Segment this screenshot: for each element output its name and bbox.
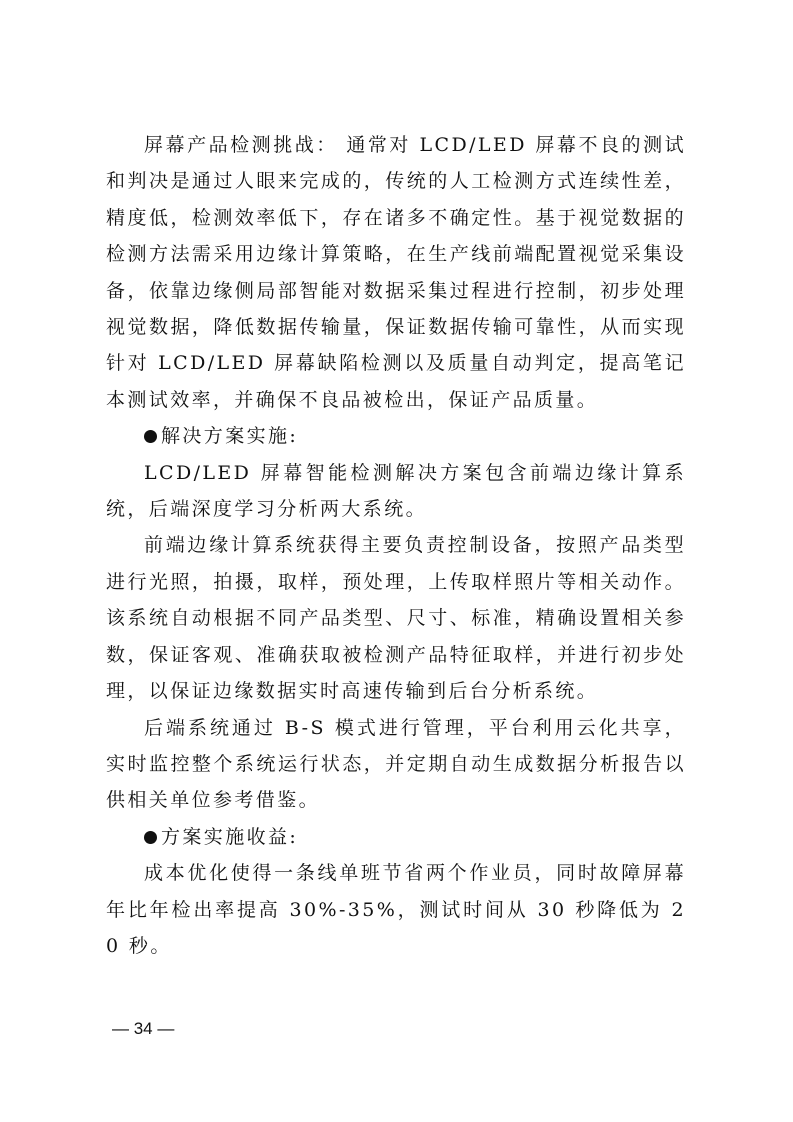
bullet-heading-benefits: 方案实施收益: <box>106 819 686 855</box>
paragraph-backend-system: 后端系统通过 B-S 模式进行管理，平台利用云化共享，实时监控整个系统运行状态，… <box>106 710 686 819</box>
paragraph-solution-overview: LCD/LED 屏幕智能检测解决方案包含前端边缘计算系统，后端深度学习分析两大系… <box>106 455 686 528</box>
bullet-dot-icon <box>144 831 157 844</box>
bullet-dot-icon <box>144 430 157 443</box>
paragraph-screen-detection-challenge: 屏幕产品检测挑战： 通常对 LCD/LED 屏幕不良的测试和判决是通过人眼来完成… <box>106 127 686 418</box>
paragraph-benefits: 成本优化使得一条线单班节省两个作业员，同时故障屏幕年比年检出率提高 30%-35… <box>106 855 686 964</box>
page-number: — 34 — <box>112 1019 174 1039</box>
bullet-heading-text: 解决方案实施: <box>161 425 298 447</box>
document-body: 屏幕产品检测挑战： 通常对 LCD/LED 屏幕不良的测试和判决是通过人眼来完成… <box>106 127 686 964</box>
bullet-heading-text: 方案实施收益: <box>161 826 298 848</box>
paragraph-frontend-edge-system: 前端边缘计算系统获得主要负责控制设备，按照产品类型进行光照，拍摄，取样，预处理，… <box>106 527 686 709</box>
bullet-heading-solution-implementation: 解决方案实施: <box>106 418 686 454</box>
